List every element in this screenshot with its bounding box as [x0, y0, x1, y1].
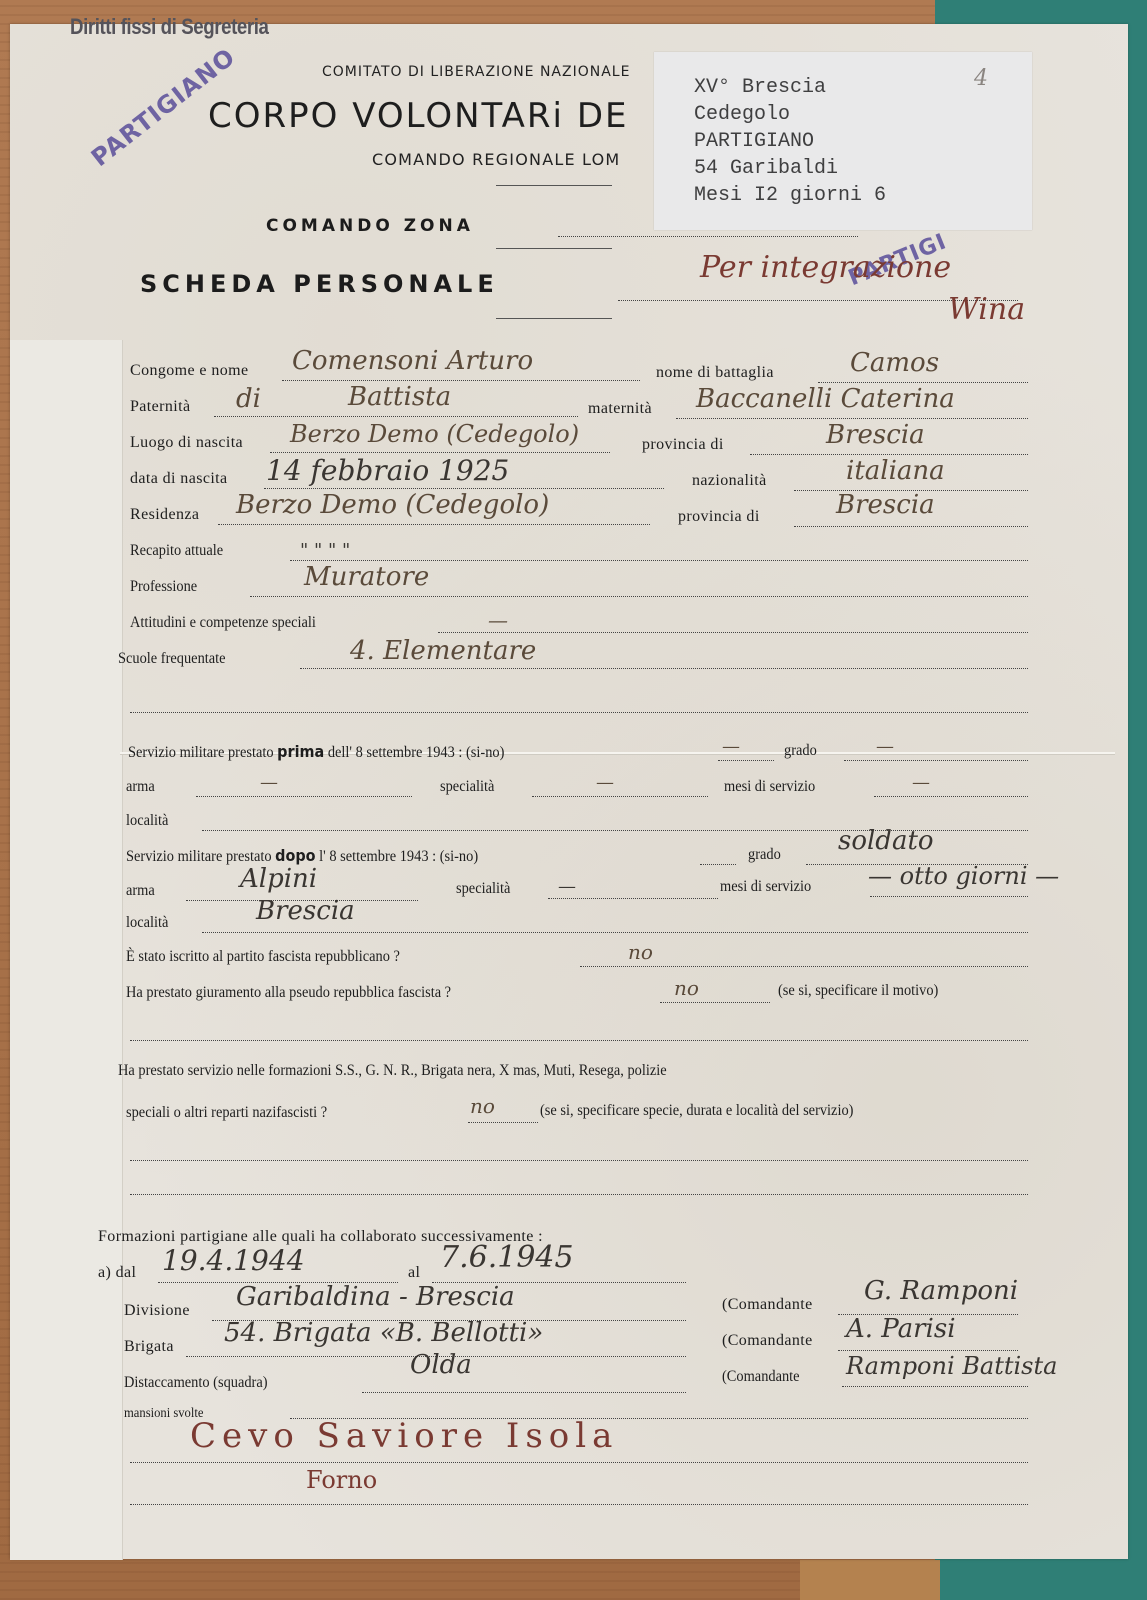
- q3-value: no: [470, 1094, 495, 1118]
- professione-value: Muratore: [304, 562, 429, 592]
- grado-after-value: soldato: [838, 826, 934, 856]
- header-rule-3: [496, 318, 612, 319]
- mansioni-line-3: [130, 1504, 1028, 1505]
- brigata-label: Brigata: [124, 1338, 174, 1356]
- typed-label-slip: XV° Brescia Cedegolo PARTIGIANO 54 Garib…: [654, 52, 1032, 230]
- specialita-after-line: [548, 898, 718, 899]
- mesi-after-value: — otto giorni —: [868, 862, 1059, 890]
- maternita-value: Baccanelli Caterina: [696, 384, 955, 414]
- al-value: 7.6.1945: [440, 1240, 574, 1275]
- top-strip-text: Diritti fissi di Segreteria: [70, 14, 268, 40]
- residenza-value: Berzo Demo (Cedegolo): [236, 490, 549, 520]
- q3-blank-line-1: [130, 1160, 1028, 1161]
- military-after-label-bold: dopo: [275, 846, 315, 865]
- q3-blank-line-2: [130, 1194, 1028, 1195]
- localita-before-label: località: [126, 812, 168, 830]
- military-before-label-post: dell' 8 settembre 1943 : (si-no): [328, 744, 505, 761]
- handwritten-signature: Wina: [948, 292, 1025, 327]
- comandante-3-value: Ramponi Battista: [846, 1352, 1057, 1380]
- sino-after-line: [700, 864, 736, 865]
- comandante-3-label: (Comandante: [722, 1368, 800, 1386]
- military-before-label-pre: Servizio militare prestato: [128, 744, 274, 761]
- recapito-value: " " " ": [300, 540, 350, 561]
- divisione-value: Garibaldina - Brescia: [236, 1282, 515, 1312]
- maternita-line: [676, 418, 1028, 419]
- header-rule-2: [496, 248, 612, 249]
- distaccamento-value: Olda: [410, 1350, 472, 1380]
- sino-before-line: [718, 760, 774, 761]
- comandante-2-line: [838, 1350, 1018, 1351]
- al-label: al: [408, 1264, 420, 1282]
- localita-after-label: località: [126, 914, 168, 932]
- luogo-line: [270, 452, 610, 453]
- q1-line: [580, 966, 1028, 967]
- typed-line-2: Cedegolo: [694, 101, 790, 128]
- military-after-label: Servizio militare prestato dopo l' 8 set…: [126, 846, 478, 866]
- dal-label: a) dal: [98, 1264, 136, 1282]
- grado-before-line: [844, 760, 1028, 761]
- header-corps: CORPO VOLONTARi DE: [208, 96, 628, 136]
- cognome-value: Comensoni Arturo: [292, 346, 533, 376]
- recapito-line: [290, 560, 1028, 561]
- pencil-mark: 4: [974, 66, 988, 91]
- header-rule: [496, 185, 612, 186]
- data-nascita-line: [264, 488, 664, 489]
- sino-before-value: —: [722, 736, 740, 757]
- scuole-line: [300, 668, 1028, 669]
- military-after-label-post: l' 8 settembre 1943 : (si-no): [319, 848, 478, 865]
- wood-block: [800, 1560, 940, 1600]
- brigata-value: 54. Brigata «B. Bellotti»: [224, 1318, 543, 1348]
- luogo-value: Berzo Demo (Cedegolo): [290, 420, 579, 448]
- q1-value: no: [628, 940, 653, 964]
- provincia2-label: provincia di: [678, 508, 760, 526]
- typed-line-3: PARTIGIANO: [694, 128, 814, 155]
- attitudini-label: Attitudini e competenze speciali: [130, 614, 316, 632]
- q2-suffix: (se si, specificare il motivo): [778, 982, 938, 1000]
- scuole-value: 4. Elementare: [350, 636, 536, 666]
- blank-line-1: [130, 712, 1028, 713]
- comando-zona-line: [558, 236, 858, 237]
- header-committee: COMITATO DI LIBERAZIONE NAZIONALE: [322, 64, 630, 80]
- localita-after-line: [202, 932, 1028, 933]
- battaglia-value: Camos: [850, 348, 939, 378]
- arma-before-line: [196, 796, 412, 797]
- q2-value: no: [674, 976, 699, 1000]
- typed-line-4: 54 Garibaldi: [694, 155, 838, 182]
- page-title: SCHEDA PERSONALE: [140, 270, 499, 298]
- data-nascita-label: data di nascita: [130, 470, 228, 488]
- professione-label: Professione: [130, 578, 197, 596]
- attitudini-line: [438, 632, 1028, 633]
- typed-line-5: Mesi I2 giorni 6: [694, 182, 886, 209]
- mesi-after-line: [870, 896, 1028, 897]
- battaglia-line: [818, 382, 1028, 383]
- arma-before-label: arma: [126, 778, 155, 796]
- question-nazi-service: Ha prestato servizio nelle formazioni S.…: [118, 1062, 667, 1080]
- military-after-label-pre: Servizio militare prestato: [126, 848, 272, 865]
- header-regional: COMANDO REGIONALE LOM: [372, 150, 620, 169]
- document-sheet: [10, 24, 1128, 1559]
- mesi-before-value: —: [912, 772, 930, 793]
- paternita-line: [214, 416, 578, 417]
- divisione-label: Divisione: [124, 1302, 190, 1320]
- comandante-1-label: (Comandante: [722, 1296, 813, 1314]
- arma-before-value: —: [260, 772, 278, 793]
- distaccamento-label: Distaccamento (squadra): [124, 1374, 268, 1392]
- paternita-value: Battista: [348, 382, 451, 412]
- question-oath: Ha prestato giuramento alla pseudo repub…: [126, 984, 451, 1002]
- cognome-line: [282, 380, 640, 381]
- professione-line: [250, 596, 1028, 597]
- arma-after-value: Alpini: [240, 864, 317, 894]
- grado-before-label: grado: [784, 742, 817, 760]
- recapito-label: Recapito attuale: [130, 542, 223, 560]
- provincia1-line: [750, 454, 1028, 455]
- comandante-3-line: [842, 1386, 1028, 1387]
- attitudini-value: —: [488, 608, 508, 632]
- grado-before-value: —: [876, 736, 894, 757]
- cognome-label: Congome e nome: [130, 362, 248, 380]
- mansioni-line-2: [130, 1462, 1028, 1463]
- residenza-label: Residenza: [130, 506, 199, 524]
- scuole-label: Scuole frequentate: [118, 650, 226, 668]
- grado-after-label: grado: [748, 846, 781, 864]
- q3-suffix: (se si, specificare specie, durata e loc…: [540, 1102, 853, 1120]
- q2-line: [660, 1002, 770, 1003]
- military-before-label-bold: prima: [277, 742, 324, 761]
- military-before-label: Servizio militare prestato prima dell' 8…: [128, 742, 504, 762]
- specialita-before-line: [532, 796, 708, 797]
- question-fascist-party: È stato iscritto al partito fascista rep…: [126, 948, 400, 966]
- luogo-label: Luogo di nascita: [130, 434, 243, 452]
- paternita-prefix: di: [236, 384, 261, 414]
- specialita-after-value: —: [558, 876, 576, 897]
- comandante-1-value: G. Ramponi: [864, 1276, 1018, 1306]
- residenza-line: [218, 524, 650, 525]
- typed-line-1: XV° Brescia: [694, 74, 826, 101]
- mansioni-value-2: Forno: [306, 1466, 377, 1494]
- localita-after-value: Brescia: [256, 896, 355, 926]
- provincia1-value: Brescia: [826, 420, 925, 450]
- data-nascita-value: 14 febbraio 1925: [266, 454, 509, 487]
- provincia2-line: [794, 526, 1028, 527]
- binding-strip: [10, 340, 123, 1560]
- specialita-after-label: specialità: [456, 880, 510, 898]
- paternita-label: Paternità: [130, 398, 190, 416]
- provincia1-label: provincia di: [642, 436, 724, 454]
- q3-line: [468, 1122, 538, 1123]
- mesi-before-line: [874, 796, 1028, 797]
- q2-blank-line: [130, 1040, 1028, 1041]
- nazionalita-value: italiana: [846, 456, 945, 486]
- comandante-2-value: A. Parisi: [846, 1314, 956, 1344]
- specialita-before-label: specialità: [440, 778, 494, 796]
- provincia2-value: Brescia: [836, 490, 935, 520]
- comandante-2-label: (Comandante: [722, 1332, 813, 1350]
- comando-zona-label: COMANDO ZONA: [266, 216, 474, 236]
- mansioni-value-1: Cevo Saviore Isola: [190, 1416, 618, 1456]
- nazionalita-label: nazionalità: [692, 472, 767, 490]
- specialita-before-value: —: [596, 772, 614, 793]
- maternita-label: maternità: [588, 400, 652, 418]
- distaccamento-line: [362, 1392, 686, 1393]
- arma-after-label: arma: [126, 882, 155, 900]
- mesi-before-label: mesi di servizio: [724, 778, 815, 796]
- battaglia-label: nome di battaglia: [656, 364, 774, 382]
- mesi-after-label: mesi di servizio: [720, 878, 811, 896]
- handwritten-annotation: Per integrazione: [700, 250, 951, 285]
- dal-value: 19.4.1944: [162, 1244, 305, 1277]
- question-nazi-service-2: speciali o altri reparti nazifascisti ?: [126, 1104, 327, 1122]
